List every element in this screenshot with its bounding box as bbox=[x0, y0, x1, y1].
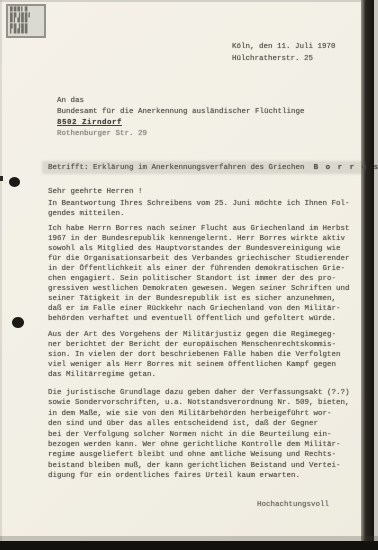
stamp-line: ▌████ bbox=[10, 29, 42, 35]
recipient-office: Bundesamt für die Anerkennung ausländisc… bbox=[57, 108, 305, 116]
body-paragraph-4: Die juristische Grundlage dazu geben dah… bbox=[48, 388, 350, 482]
edge-mark bbox=[0, 176, 3, 181]
scan-left-edge bbox=[0, 0, 2, 550]
recipient-salutation: An das bbox=[57, 97, 84, 105]
subject-label: Betrifft: bbox=[48, 164, 89, 172]
body-paragraph-2: Ich habe Herrn Borres nach seiner Flucht… bbox=[48, 224, 350, 324]
body-paragraph-1: In Beantwortung Ihres Schreibens vom 25.… bbox=[48, 199, 350, 219]
subject-text: Erklärung im Anerkennungsverfahren des G… bbox=[89, 164, 314, 172]
punch-hole-top bbox=[9, 177, 20, 187]
sender-street: Hülchratherstr. 25 bbox=[232, 55, 313, 63]
recipient-street: Rothenburger Str. 29 bbox=[57, 130, 147, 138]
greeting-line: Sehr geehrte Herren ! bbox=[48, 187, 143, 197]
body-paragraph-3: Aus der Art des Vorgehens der Militärjus… bbox=[48, 330, 341, 380]
recipient-address: An dasBundesamt für die Anerkennung ausl… bbox=[57, 96, 305, 140]
subject-name-spaced: B o r r e s bbox=[314, 164, 378, 172]
scan-top-edge bbox=[0, 0, 378, 2]
scan-right-edge bbox=[374, 0, 378, 550]
punch-hole-bottom bbox=[12, 317, 24, 328]
scanned-letter-page: ███▌█ ██▐██▌ █▌███ ██▐██ ▌████ Köln, den… bbox=[0, 0, 378, 550]
scan-bottom-black-bar bbox=[0, 541, 378, 550]
scan-right-shadow-band bbox=[361, 0, 374, 550]
subject-line: Betrifft: Erklärung im Anerkennungsverfa… bbox=[48, 163, 378, 173]
date-line: Köln, den 11. Juli 1970 bbox=[232, 43, 336, 51]
recipient-city: 8502 Zirndorf bbox=[57, 118, 122, 129]
archive-stamp: ███▌█ ██▐██▌ █▌███ ██▐██ ▌████ bbox=[6, 4, 46, 38]
closing-line: Hochachtungsvoll bbox=[257, 500, 329, 510]
date-block: Köln, den 11. Juli 1970Hülchratherstr. 2… bbox=[232, 41, 336, 65]
